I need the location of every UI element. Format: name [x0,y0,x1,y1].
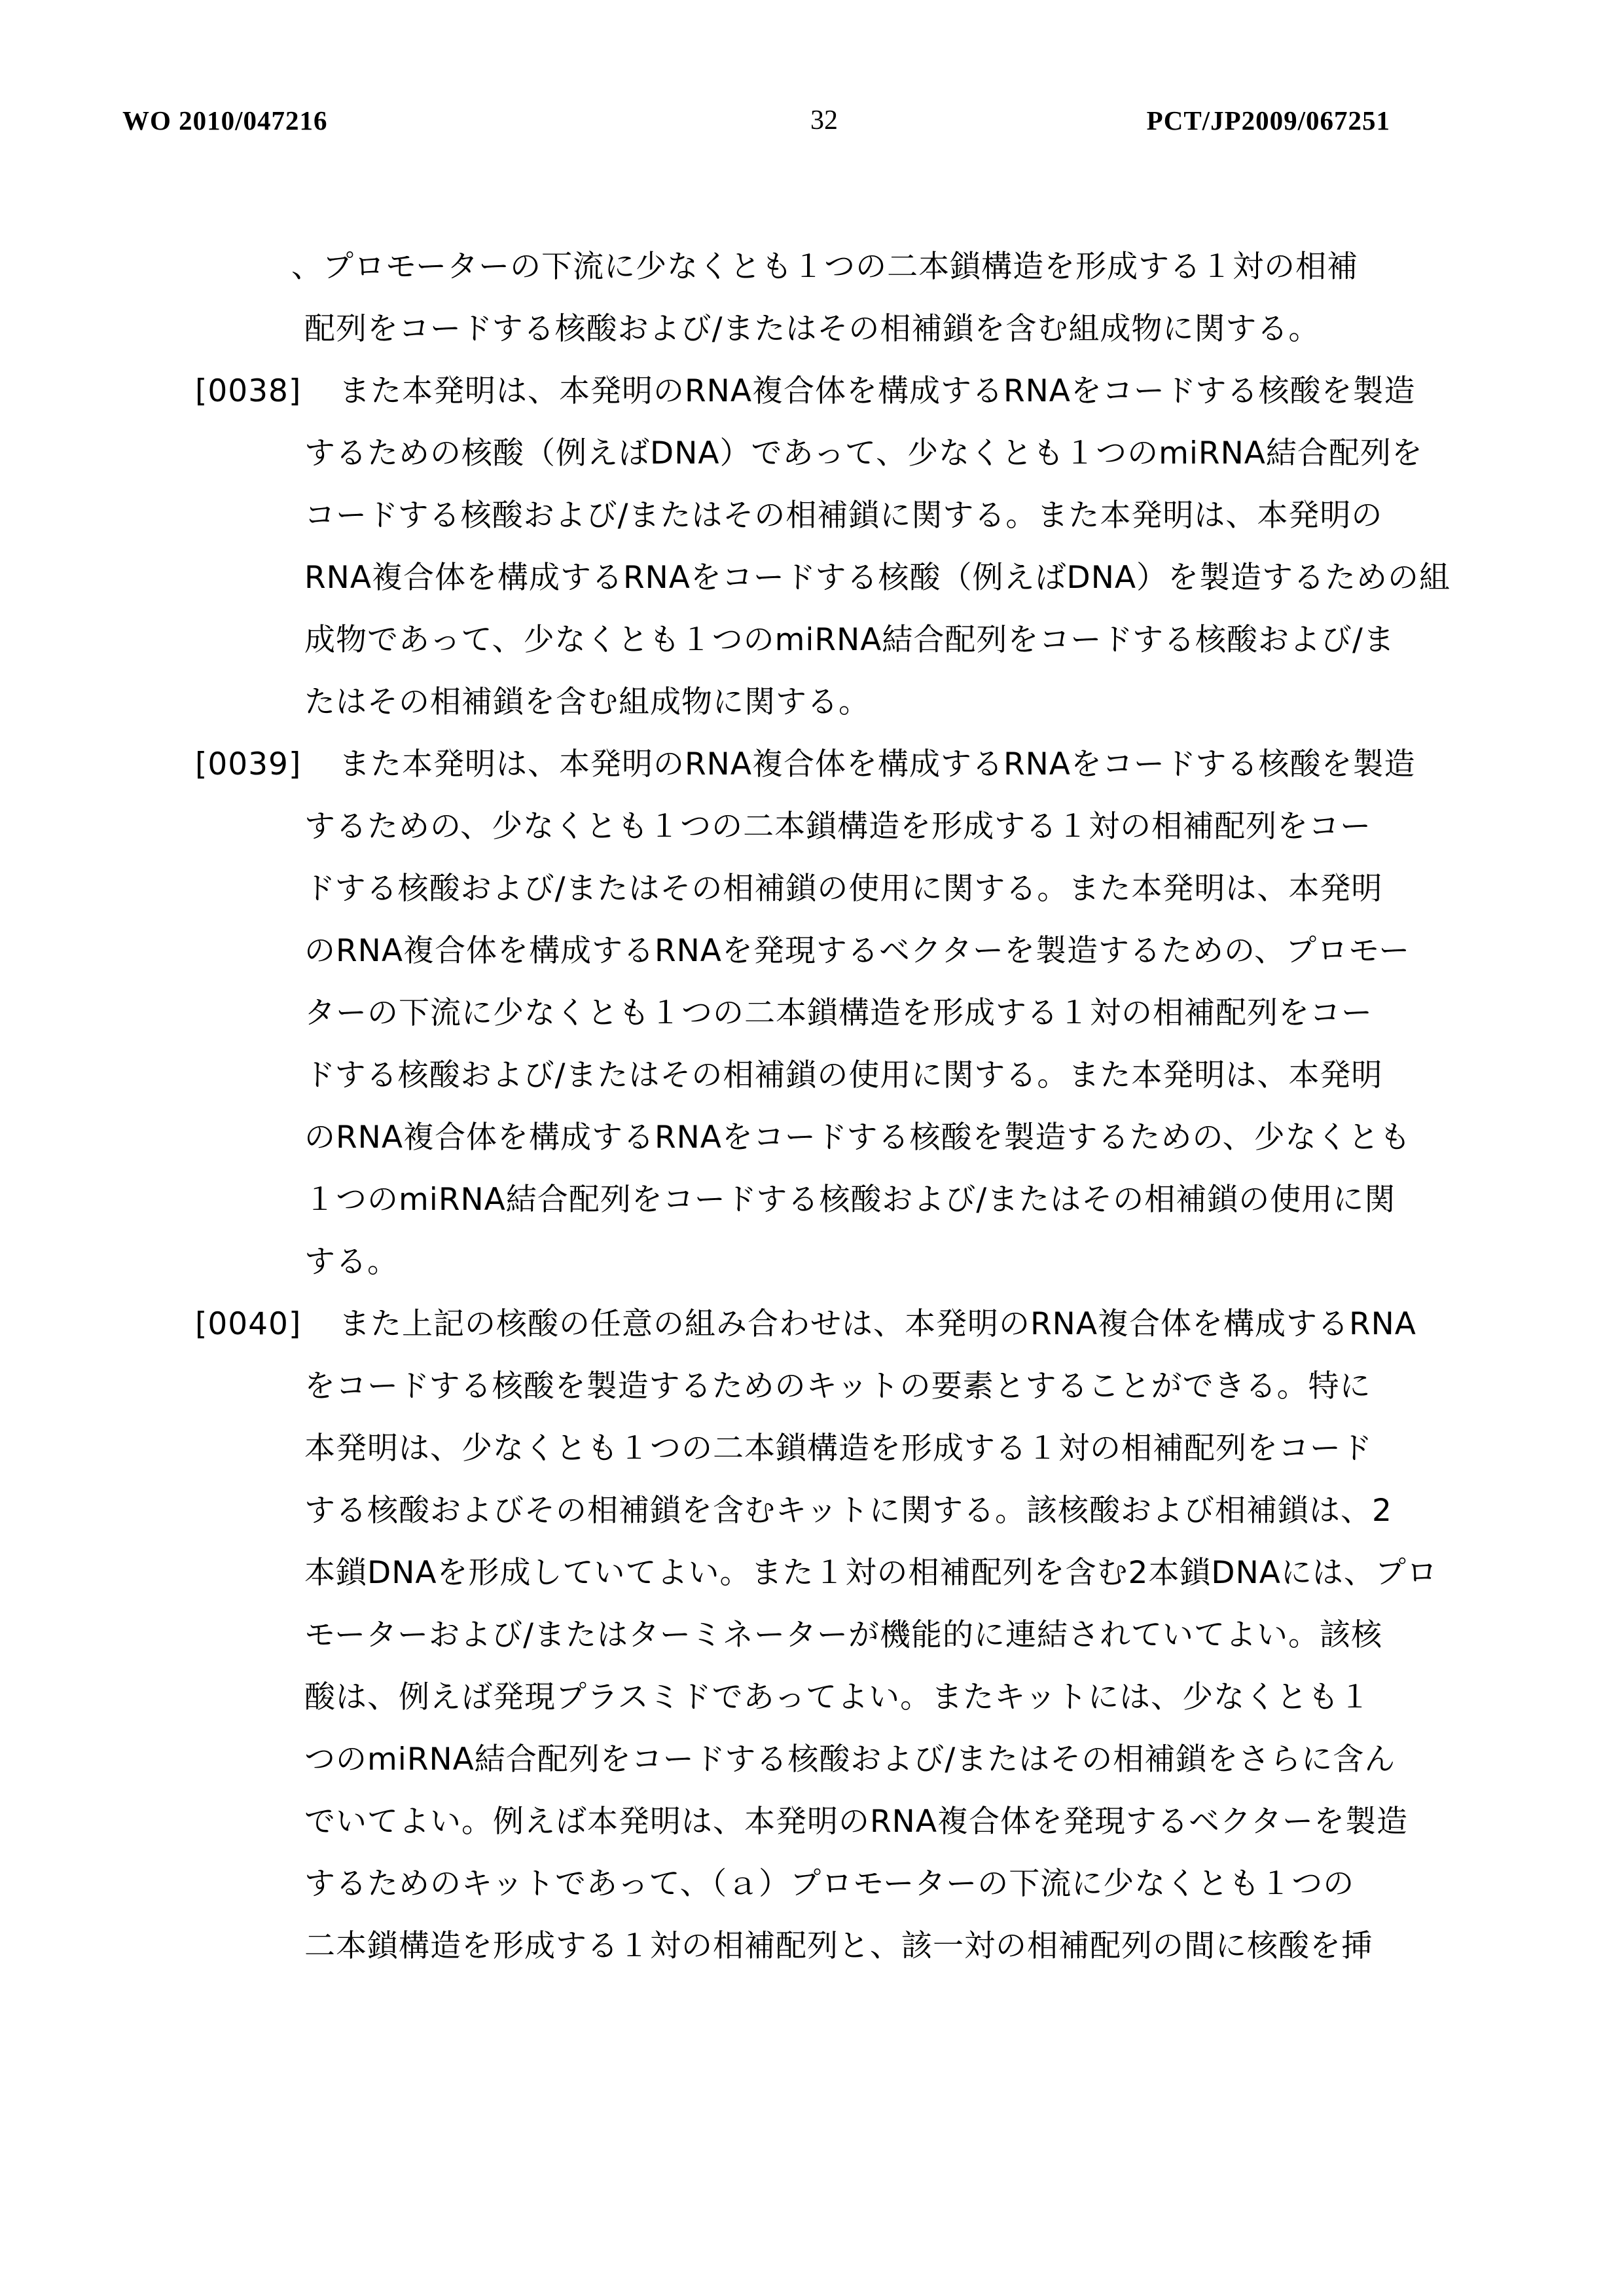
text-line: する。 [195,1231,1465,1293]
paragraph-text: するためのキットであって、（ａ）プロモーターの下流に少なくとも１つの [304,1866,1354,1902]
text-line: 酸は、例えば発現プラスミドであってよい。またキットには、少なくとも１ [195,1666,1465,1728]
text-line: 成物であって、少なくとも１つのmiRNA結合配列をコードする核酸および/ま [195,609,1465,671]
text-line: コードする核酸および/またはその相補鎖に関する。また本発明は、本発明の [195,484,1465,547]
text-line: をコードする核酸を製造するためのキットの要素とすることができる。特に [195,1355,1465,1417]
paragraph-text: をコードする核酸を製造するためのキットの要素とすることができる。特に [304,1368,1371,1404]
text-line: モーターおよび/またはターミネーターが機能的に連結されていてよい。該核 [195,1604,1465,1666]
page-header: WO 2010/047216 32 PCT/JP2009/067251 [0,105,1622,137]
text-line: [0040]また上記の核酸の任意の組み合わせは、本発明のRNA複合体を構成するR… [195,1293,1465,1355]
text-line: ドする核酸および/またはその相補鎖の使用に関する。また本発明は、本発明 [195,1044,1465,1106]
paragraph-text: でいてよい。例えば本発明は、本発明のRNA複合体を発現するベクターを製造 [304,1804,1408,1840]
paragraph-text: 酸は、例えば発現プラスミドであってよい。またキットには、少なくとも１ [304,1679,1371,1715]
paragraph-text: 成物であって、少なくとも１つのmiRNA結合配列をコードする核酸および/ま [304,622,1395,658]
text-line: 二本鎖構造を形成する１対の相補配列と、該一対の相補配列の間に核酸を挿 [195,1915,1465,1977]
paragraph-text: 配列をコードする核酸および/またはその相補鎖を含む組成物に関する。 [304,311,1320,347]
paragraph-number: [0038] [195,360,339,422]
text-line: 配列をコードする核酸および/またはその相補鎖を含む組成物に関する。 [195,298,1465,360]
text-line: １つのmiRNA結合配列をコードする核酸および/またはその相補鎖の使用に関 [195,1169,1465,1231]
text-line: のRNA複合体を構成するRNAを発現するベクターを製造するための、プロモー [195,920,1465,982]
patent-document-page: WO 2010/047216 32 PCT/JP2009/067251 、プロモ… [0,0,1622,2296]
text-line: するための、少なくとも１つの二本鎖構造を形成する１対の相補配列をコー [195,795,1465,858]
paragraph-text: のRNA複合体を構成するRNAをコードする核酸を製造するための、少なくとも [304,1120,1411,1156]
text-line: 本発明は、少なくとも１つの二本鎖構造を形成する１対の相補配列をコード [195,1417,1465,1480]
text-line: のRNA複合体を構成するRNAをコードする核酸を製造するための、少なくとも [195,1106,1465,1169]
paragraph-text: する。 [304,1244,399,1280]
paragraph-number: [0040] [195,1293,339,1355]
text-line: 本鎖DNAを形成していてよい。また１対の相補配列を含む2本鎖DNAには、プロ [195,1542,1465,1604]
application-number: PCT/JP2009/067251 [1147,105,1390,136]
paragraph-text: 、プロモーターの下流に少なくとも１つの二本鎖構造を形成する１対の相補 [291,249,1358,285]
paragraph-text: つのmiRNA結合配列をコードする核酸および/またはその相補鎖をさらに含ん [304,1741,1396,1777]
text-line: ターの下流に少なくとも１つの二本鎖構造を形成する１対の相補配列をコー [195,982,1465,1044]
paragraph-text: ターの下流に少なくとも１つの二本鎖構造を形成する１対の相補配列をコー [304,995,1373,1031]
text-line: [0039]また本発明は、本発明のRNA複合体を構成するRNAをコードする核酸を… [195,733,1465,795]
text-line: するためのキットであって、（ａ）プロモーターの下流に少なくとも１つの [195,1853,1465,1915]
paragraph-text: １つのmiRNA結合配列をコードする核酸および/またはその相補鎖の使用に関 [304,1182,1396,1218]
paragraph-number: [0039] [195,733,339,795]
text-line: たはその相補鎖を含む組成物に関する。 [195,671,1465,733]
publication-number: WO 2010/047216 [122,105,328,136]
paragraph-text: するための、少なくとも１つの二本鎖構造を形成する１対の相補配列をコー [304,809,1371,845]
text-line: RNA複合体を構成するRNAをコードする核酸（例えばDNA）を製造するための組 [195,547,1465,609]
paragraph-text: また本発明は、本発明のRNA複合体を構成するRNAをコードする核酸を製造 [339,373,1416,409]
text-line: する核酸およびその相補鎖を含むキットに関する。該核酸および相補鎖は、2 [195,1480,1465,1542]
paragraph-text: する核酸およびその相補鎖を含むキットに関する。該核酸および相補鎖は、2 [304,1493,1392,1529]
paragraph-text: ドする核酸および/またはその相補鎖の使用に関する。また本発明は、本発明 [304,871,1382,907]
paragraph-text: するための核酸（例えばDNA）であって、少なくとも１つのmiRNA結合配列を [304,435,1423,471]
page-number: 32 [810,105,838,136]
paragraph-text: モーターおよび/またはターミネーターが機能的に連結されていてよい。該核 [304,1617,1382,1653]
paragraph-text: 二本鎖構造を形成する１対の相補配列と、該一対の相補配列の間に核酸を挿 [304,1928,1373,1964]
paragraph-text: また本発明は、本発明のRNA複合体を構成するRNAをコードする核酸を製造 [339,746,1416,782]
text-line: でいてよい。例えば本発明は、本発明のRNA複合体を発現するベクターを製造 [195,1791,1465,1853]
paragraph-text: RNA複合体を構成するRNAをコードする核酸（例えばDNA）を製造するための組 [304,560,1451,596]
paragraph-text: のRNA複合体を構成するRNAを発現するベクターを製造するための、プロモー [304,933,1410,969]
text-line: つのmiRNA結合配列をコードする核酸および/またはその相補鎖をさらに含ん [195,1728,1465,1791]
paragraph-text: たはその相補鎖を含む組成物に関する。 [304,684,870,720]
paragraph-text: ドする核酸および/またはその相補鎖の使用に関する。また本発明は、本発明 [304,1057,1382,1093]
text-line: 、プロモーターの下流に少なくとも１つの二本鎖構造を形成する１対の相補 [195,236,1465,298]
paragraph-text: 本発明は、少なくとも１つの二本鎖構造を形成する１対の相補配列をコード [304,1430,1373,1467]
text-line: ドする核酸および/またはその相補鎖の使用に関する。また本発明は、本発明 [195,858,1465,920]
paragraph-text: 本鎖DNAを形成していてよい。また１対の相補配列を含む2本鎖DNAには、プロ [304,1555,1438,1591]
text-line: するための核酸（例えばDNA）であって、少なくとも１つのmiRNA結合配列を [195,422,1465,484]
paragraph-text: コードする核酸および/またはその相補鎖に関する。また本発明は、本発明の [304,498,1382,534]
paragraph-text: また上記の核酸の任意の組み合わせは、本発明のRNA複合体を構成するRNA [339,1306,1416,1342]
text-line: [0038]また本発明は、本発明のRNA複合体を構成するRNAをコードする核酸を… [195,360,1465,422]
document-body: 、プロモーターの下流に少なくとも１つの二本鎖構造を形成する１対の相補配列をコード… [195,236,1465,1977]
